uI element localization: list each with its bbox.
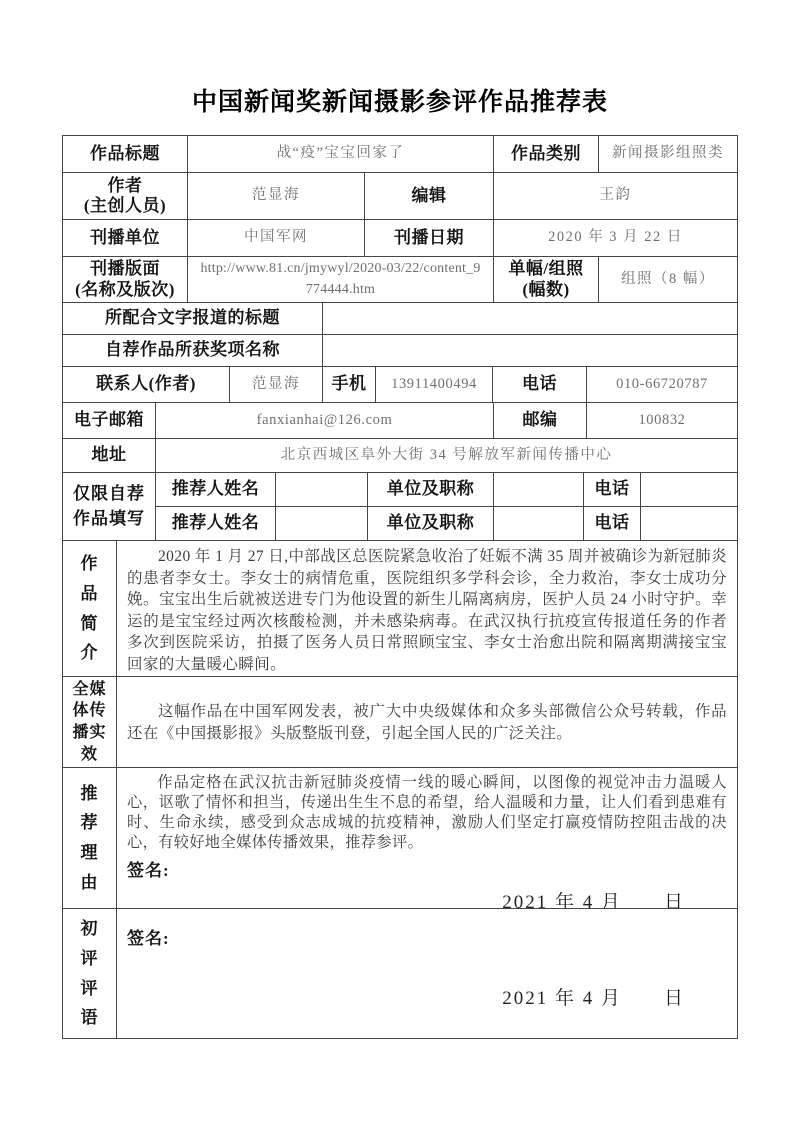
recommender2-org-value-cell <box>494 507 584 540</box>
recommender1-name-label-cell: 推荐人姓名 <box>156 473 276 506</box>
publish-page-value-cell: http://www.81.cn/jmywyl/2020-03/22/conte… <box>188 257 494 302</box>
address-label: 地址 <box>92 445 127 465</box>
row-self-recommend: 仅限自荐作品填写 推荐人姓名 单位及职称 <box>63 473 737 541</box>
recommender1-tel-label: 电话 <box>595 479 630 499</box>
email-value-cell: fanxianhai@126.com <box>156 403 494 438</box>
self-recommend-label-cell: 仅限自荐作品填写 <box>63 473 156 540</box>
address-value: 北京西城区阜外大街 34 号解放军新闻传播中心 <box>281 445 613 466</box>
photo-count-label-cell: 单幅/组照 (幅数) <box>494 257 599 302</box>
photo-count-value: 组照（8 幅） <box>621 269 715 290</box>
postcode-value-cell: 100832 <box>587 403 737 438</box>
work-category-value-cell: 新闻摄影组照类 <box>599 136 737 172</box>
recommend-date: 2021 年 4 月 日 <box>127 887 727 908</box>
row-initial-review: 初评评语 签名: 2021 年 4 月 日 <box>63 909 737 1038</box>
publish-page-label: 刊播版面 <box>90 259 160 279</box>
recommendation-table: 作品标题 战“疫”宝宝回家了 作品类别 新闻摄影组照类 作者 (主创人员) 范显… <box>62 135 738 1039</box>
form-title: 中国新闻奖新闻摄影参评作品推荐表 <box>0 0 800 118</box>
work-title-label: 作品标题 <box>90 144 160 164</box>
publish-page-label-sub: (名称及版次) <box>75 280 175 300</box>
row-media-effect: 全媒体传播实效 这幅作品在中国军网发表，被广大中央级媒体和众多头部微信公众号转载… <box>63 677 737 768</box>
address-label-cell: 地址 <box>63 439 156 472</box>
editor-label-cell: 编辑 <box>365 173 494 219</box>
row-address: 地址 北京西城区阜外大街 34 号解放军新闻传播中心 <box>63 439 737 473</box>
editor-value-cell: 王韵 <box>494 173 737 219</box>
phone-value-cell: 010-66720787 <box>587 367 737 402</box>
recommend-reason-text: 作品定格在武汉抗击新冠肺炎疫情一线的暖心瞬间，以图像的视觉冲击力温暖人心，讴歌了… <box>127 773 727 853</box>
publish-date-label: 刊播日期 <box>394 228 464 248</box>
media-effect-label-cell: 全媒体传播实效 <box>63 677 117 767</box>
recommend-reason-label: 推荐理由 <box>79 779 99 898</box>
work-intro-content-cell: 2020 年 1 月 27 日,中部战区总医院紧急收治了妊娠不满 35 周并被确… <box>117 541 737 676</box>
mobile-label-cell: 手机 <box>323 367 376 402</box>
row-author: 作者 (主创人员) 范显海 编辑 王韵 <box>63 173 737 220</box>
publish-unit-value-cell: 中国军网 <box>188 220 365 256</box>
row-work-title: 作品标题 战“疫”宝宝回家了 作品类别 新闻摄影组照类 <box>63 136 737 173</box>
media-effect-text: 这幅作品在中国军网发表，被广大中央级媒体和众多头部微信公众号转载，作品还在《中国… <box>127 701 727 744</box>
recommender1-name-value-cell <box>276 473 368 506</box>
recommender1-name-label: 推荐人姓名 <box>172 479 260 499</box>
photo-count-label: 单幅/组照 <box>508 259 583 279</box>
address-value-cell: 北京西城区阜外大街 34 号解放军新闻传播中心 <box>156 439 737 472</box>
recommender2-tel-label-cell: 电话 <box>584 507 641 540</box>
text-report-title-label-cell: 所配合文字报道的标题 <box>63 303 323 334</box>
recommender2-tel-label: 电话 <box>595 513 630 533</box>
phone-label: 电话 <box>522 374 557 394</box>
author-label-sub: (主创人员) <box>84 196 166 216</box>
work-intro-label: 作品简介 <box>79 549 99 668</box>
initial-review-date: 2021 年 4 月 日 <box>127 983 727 1010</box>
row-publish-page: 刊播版面 (名称及版次) http://www.81.cn/jmywyl/202… <box>63 257 737 303</box>
self-award-value-cell <box>323 335 737 366</box>
postcode-value: 100832 <box>638 410 685 431</box>
photo-count-label-sub: (幅数) <box>522 280 569 300</box>
mobile-value-cell: 13911400494 <box>376 367 493 402</box>
contact-value: 范显海 <box>252 374 300 395</box>
text-report-title-label: 所配合文字报道的标题 <box>105 308 280 328</box>
email-label: 电子邮箱 <box>74 410 144 430</box>
postcode-label-cell: 邮编 <box>494 403 587 438</box>
mobile-label: 手机 <box>332 374 367 394</box>
recommender-row-2: 推荐人姓名 单位及职称 电话 <box>156 507 737 540</box>
self-award-label-cell: 自荐作品所获奖项名称 <box>63 335 323 366</box>
row-contact: 联系人(作者) 范显海 手机 13911400494 电话 010-667207… <box>63 367 737 403</box>
row-email: 电子邮箱 fanxianhai@126.com 邮编 100832 <box>63 403 737 439</box>
publish-page-url: http://www.81.cn/jmywyl/2020-03/22/conte… <box>188 259 493 300</box>
publish-page-label-cell: 刊播版面 (名称及版次) <box>63 257 188 302</box>
recommender2-tel-value-cell <box>641 507 737 540</box>
work-category-label-cell: 作品类别 <box>494 136 599 172</box>
row-work-intro: 作品简介 2020 年 1 月 27 日,中部战区总医院紧急收治了妊娠不满 35… <box>63 541 737 677</box>
document-page: 中国新闻奖新闻摄影参评作品推荐表 作品标题 战“疫”宝宝回家了 作品类别 新闻摄… <box>0 0 800 1131</box>
editor-label: 编辑 <box>412 186 447 206</box>
work-category-value: 新闻摄影组照类 <box>612 143 724 164</box>
mobile-value: 13911400494 <box>391 374 477 395</box>
recommend-reason-label-cell: 推荐理由 <box>63 768 117 908</box>
recommender1-org-label-cell: 单位及职称 <box>368 473 494 506</box>
author-label: 作者 <box>108 176 143 196</box>
row-recommend-reason: 推荐理由 作品定格在武汉抗击新冠肺炎疫情一线的暖心瞬间，以图像的视觉冲击力温暖人… <box>63 768 737 909</box>
contact-value-cell: 范显海 <box>230 367 323 402</box>
recommender2-org-label: 单位及职称 <box>387 513 475 533</box>
text-report-title-value-cell <box>323 303 737 334</box>
row-text-report-title: 所配合文字报道的标题 <box>63 303 737 335</box>
initial-review-content-cell: 签名: 2021 年 4 月 日 <box>117 909 737 1038</box>
media-effect-content-cell: 这幅作品在中国军网发表，被广大中央级媒体和众多头部微信公众号转载，作品还在《中国… <box>117 677 737 767</box>
photo-count-value-cell: 组照（8 幅） <box>599 257 737 302</box>
recommender2-name-label-cell: 推荐人姓名 <box>156 507 276 540</box>
publish-unit-label-cell: 刊播单位 <box>63 220 188 256</box>
editor-value: 王韵 <box>600 185 632 206</box>
row-publish-unit: 刊播单位 中国军网 刊播日期 2020 年 3 月 22 日 <box>63 220 737 257</box>
work-category-label: 作品类别 <box>511 144 581 164</box>
recommender2-name-value-cell <box>276 507 368 540</box>
author-label-cell: 作者 (主创人员) <box>63 173 188 219</box>
publish-unit-value: 中国军网 <box>244 227 308 248</box>
initial-review-label: 初评评语 <box>79 914 99 1033</box>
work-intro-label-cell: 作品简介 <box>63 541 117 676</box>
publish-unit-label: 刊播单位 <box>90 228 160 248</box>
recommend-reason-content-cell: 作品定格在武汉抗击新冠肺炎疫情一线的暖心瞬间，以图像的视觉冲击力温暖人心，讴歌了… <box>117 768 737 908</box>
self-award-label: 自荐作品所获奖项名称 <box>105 340 280 360</box>
recommender1-tel-value-cell <box>641 473 737 506</box>
recommender2-name-label: 推荐人姓名 <box>172 513 260 533</box>
media-effect-label: 全媒体传播实效 <box>70 679 109 765</box>
work-title-label-cell: 作品标题 <box>63 136 188 172</box>
contact-label: 联系人(作者) <box>96 374 196 394</box>
publish-date-value-cell: 2020 年 3 月 22 日 <box>494 220 737 256</box>
author-value-cell: 范显海 <box>188 173 365 219</box>
recommender1-org-label: 单位及职称 <box>387 479 475 499</box>
self-recommend-rows: 推荐人姓名 单位及职称 电话 <box>156 473 737 540</box>
phone-value: 010-66720787 <box>616 374 708 395</box>
recommend-sign-label: 签名: <box>127 856 727 881</box>
publish-date-label-cell: 刊播日期 <box>365 220 494 256</box>
recommender1-tel-label-cell: 电话 <box>584 473 641 506</box>
email-value: fanxianhai@126.com <box>257 410 393 431</box>
author-value: 范显海 <box>252 185 300 206</box>
work-title-value: 战“疫”宝宝回家了 <box>277 143 405 164</box>
contact-label-cell: 联系人(作者) <box>63 367 230 402</box>
postcode-label: 邮编 <box>523 410 558 430</box>
publish-date-value: 2020 年 3 月 22 日 <box>548 227 683 248</box>
recommender1-org-value-cell <box>494 473 584 506</box>
initial-review-sign-label: 签名: <box>127 924 727 949</box>
initial-review-label-cell: 初评评语 <box>63 909 117 1038</box>
self-recommend-label: 仅限自荐作品填写 <box>72 482 146 531</box>
row-self-award: 自荐作品所获奖项名称 <box>63 335 737 367</box>
recommender-row-1: 推荐人姓名 单位及职称 电话 <box>156 473 737 507</box>
work-intro-text: 2020 年 1 月 27 日,中部战区总医院紧急收治了妊娠不满 35 周并被确… <box>127 546 727 675</box>
recommender2-org-label-cell: 单位及职称 <box>368 507 494 540</box>
email-label-cell: 电子邮箱 <box>63 403 156 438</box>
work-title-value-cell: 战“疫”宝宝回家了 <box>188 136 494 172</box>
phone-label-cell: 电话 <box>493 367 587 402</box>
